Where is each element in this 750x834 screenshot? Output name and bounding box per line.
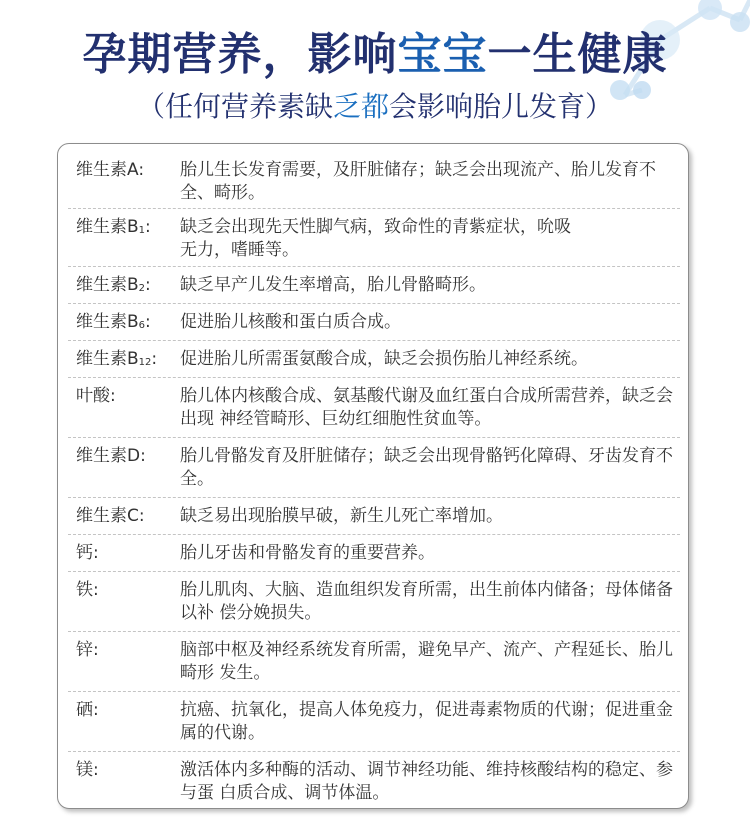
nutrient-description: 缺乏早产儿发生率增高，胎儿骨骼畸形。 — [180, 267, 680, 303]
nutrient-row: 维生素D: 胎儿骨骼发育及肝脏储存；缺乏会出现骨骼钙化障碍、牙齿发育不全。 — [68, 438, 680, 498]
nutrient-description: 促进胎儿所需蛋氨酸合成，缺乏会损伤胎儿神经系统。 — [180, 341, 680, 377]
page-subtitle: （任何营养素缺乏都会影响胎儿发育） — [0, 88, 750, 126]
subtitle-text-2: 会影响胎儿发育） — [389, 90, 613, 123]
nutrient-row: 镁: 激活体内多种酶的活动、调节神经功能、维持核酸结构的稳定、参与蛋 白质合成、… — [68, 752, 680, 814]
nutrient-description: 胎儿肌肉、大脑、造血组织发育所需，出生前体内储备；母体储备以补 偿分娩损失。 — [180, 572, 680, 631]
nutrient-description: 缺乏易出现胎膜早破，新生儿死亡率增加。 — [180, 498, 680, 534]
subtitle-highlight: 乏都 — [333, 90, 389, 123]
nutrient-row: 维生素B12: 促进胎儿所需蛋氨酸合成，缺乏会损伤胎儿神经系统。 — [68, 341, 680, 378]
nutrient-row: 维生素C: 缺乏易出现胎膜早破，新生儿死亡率增加。 — [68, 498, 680, 535]
nutrient-name: 维生素D: — [68, 438, 180, 497]
title-text-2: 一生健康 — [488, 29, 668, 80]
subtitle-text-1: （任何营养素缺 — [137, 90, 333, 123]
nutrient-description: 胎儿牙齿和骨骼发育的重要营养。 — [180, 535, 680, 571]
nutrient-row: 叶酸: 胎儿体内核酸合成、氨基酸代谢及血红蛋白合成所需营养，缺乏会出现 神经管畸… — [68, 378, 680, 438]
nutrient-name: 维生素B1: — [68, 209, 180, 266]
nutrient-description: 激活体内多种酶的活动、调节神经功能、维持核酸结构的稳定、参与蛋 白质合成、调节体… — [180, 752, 680, 814]
page-title: 孕期营养，影响宝宝一生健康 — [0, 28, 750, 82]
nutrient-name: 叶酸: — [68, 378, 180, 437]
title-highlight: 宝宝 — [398, 29, 488, 80]
nutrient-name: 维生素A: — [68, 152, 180, 208]
nutrient-row: 钙: 胎儿牙齿和骨骼发育的重要营养。 — [68, 535, 680, 572]
nutrient-name: 维生素B6: — [68, 304, 180, 340]
nutrient-row: 铁: 胎儿肌肉、大脑、造血组织发育所需，出生前体内储备；母体储备以补 偿分娩损失… — [68, 572, 680, 632]
nutrient-name: 维生素B2: — [68, 267, 180, 303]
nutrient-row: 维生素B1: 缺乏会出现先天性脚气病，致命性的青紫症状，吮吸 无力，嗜睡等。 — [68, 209, 680, 267]
nutrient-description: 胎儿骨骼发育及肝脏储存；缺乏会出现骨骼钙化障碍、牙齿发育不全。 — [180, 438, 680, 497]
nutrient-name: 镁: — [68, 752, 180, 814]
nutrient-description: 抗癌、抗氧化，提高人体免疫力，促进毒素物质的代谢；促进重金属的代谢。 — [180, 692, 680, 751]
nutrient-name: 硒: — [68, 692, 180, 751]
nutrient-row: 维生素B6: 促进胎儿核酸和蛋白质合成。 — [68, 304, 680, 341]
nutrient-description: 脑部中枢及神经系统发育所需，避免早产、流产、产程延长、胎儿畸形 发生。 — [180, 632, 680, 691]
nutrient-name: 维生素B12: — [68, 341, 180, 377]
nutrient-row: 锌: 脑部中枢及神经系统发育所需，避免早产、流产、产程延长、胎儿畸形 发生。 — [68, 632, 680, 692]
nutrient-description: 胎儿体内核酸合成、氨基酸代谢及血红蛋白合成所需营养，缺乏会出现 神经管畸形、巨幼… — [180, 378, 680, 437]
nutrient-description: 缺乏会出现先天性脚气病，致命性的青紫症状，吮吸 无力，嗜睡等。 — [180, 209, 680, 266]
nutrient-name: 维生素C: — [68, 498, 180, 534]
nutrient-row: 维生素A: 胎儿生长发育需要，及肝脏储存；缺乏会出现流产、胎儿发育不全、畸形。 — [68, 152, 680, 209]
nutrient-name: 铁: — [68, 572, 180, 631]
nutrient-description: 促进胎儿核酸和蛋白质合成。 — [180, 304, 680, 340]
nutrient-table-card: 维生素A: 胎儿生长发育需要，及肝脏储存；缺乏会出现流产、胎儿发育不全、畸形。 … — [57, 143, 689, 809]
nutrient-name: 锌: — [68, 632, 180, 691]
nutrient-row: 硒: 抗癌、抗氧化，提高人体免疫力，促进毒素物质的代谢；促进重金属的代谢。 — [68, 692, 680, 752]
title-text-1: 孕期营养，影响 — [83, 29, 398, 80]
nutrient-name: 钙: — [68, 535, 180, 571]
nutrient-description: 胎儿生长发育需要，及肝脏储存；缺乏会出现流产、胎儿发育不全、畸形。 — [180, 152, 680, 208]
nutrient-row: 维生素B2: 缺乏早产儿发生率增高，胎儿骨骼畸形。 — [68, 267, 680, 304]
